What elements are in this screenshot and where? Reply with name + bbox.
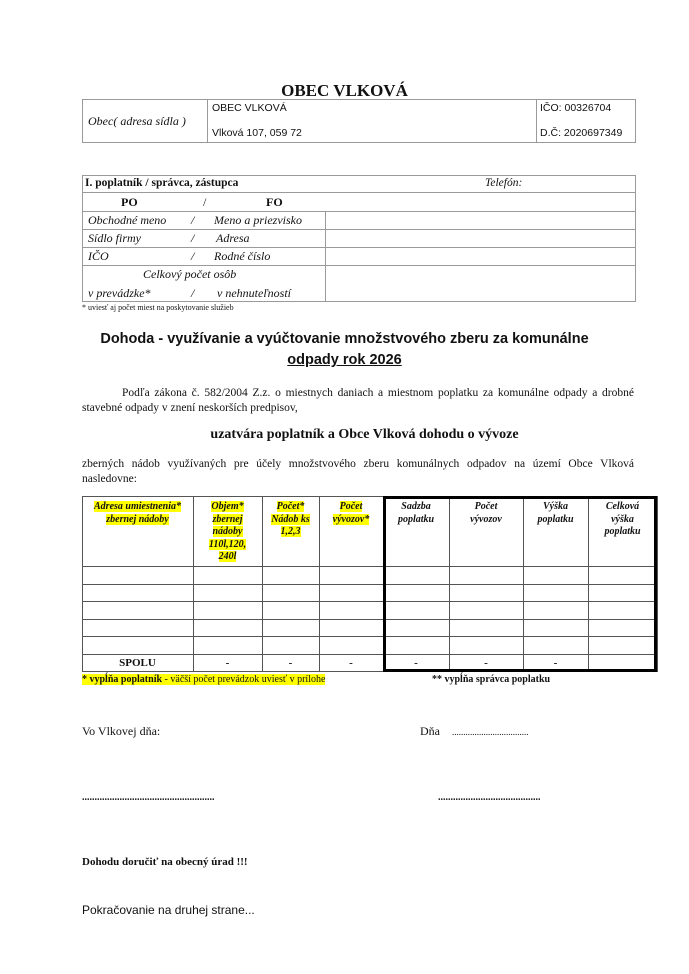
persons-in-property-label: v nehnuteľností <box>217 286 291 301</box>
business-seat-label: Sídlo firmy <box>88 231 141 246</box>
agreement-title-line2: odpady rok 2026 <box>287 352 401 368</box>
services-footnote: * uviesť aj počet miest na poskytovanie … <box>82 303 234 312</box>
table-cell[interactable] <box>193 619 262 637</box>
administrator-note: ** vypĺňa správca poplatku <box>432 674 550 685</box>
table-cell[interactable] <box>262 619 319 637</box>
delivery-instruction: Dohodu doručiť na obecný úrad !!! <box>82 856 248 868</box>
row-slash: / <box>191 231 194 246</box>
containers-paragraph: zberných nádob využívaných pre účely mno… <box>82 457 634 487</box>
law-paragraph: Podľa zákona č. 582/2004 Z.z. o miestnyc… <box>82 386 634 416</box>
table-cell[interactable] <box>82 619 193 637</box>
address-label: Obec( adresa sídla ) <box>88 114 186 129</box>
fo-label: FO <box>266 195 283 210</box>
table-cell[interactable] <box>319 584 383 602</box>
agreement-title-line1: Dohoda - využívanie a vyúčtovanie množst… <box>0 329 689 350</box>
phone-label: Telefón: <box>485 177 522 189</box>
payer-note: * vypĺňa poplatník - väčší počet prevádz… <box>82 674 325 685</box>
table-cell[interactable] <box>82 636 193 654</box>
address-label: Adresa <box>216 231 250 246</box>
column-header: Početvývozov* <box>321 501 381 526</box>
table-cell[interactable] <box>82 566 193 584</box>
row-slash: / <box>191 286 194 301</box>
persons-in-business-label: v prevádzke* <box>88 286 151 301</box>
payer-table: I. poplatník / správca, zástupca Telefón… <box>82 175 636 302</box>
date-line: Dňa .................................. <box>420 724 529 739</box>
ico-label: IČO <box>88 249 109 264</box>
po-label: PO <box>121 195 138 210</box>
table-cell[interactable] <box>319 636 383 654</box>
total-label: SPOLU <box>82 657 193 669</box>
birth-number-label: Rodné číslo <box>214 249 270 264</box>
place-date-label: Vo Vlkovej dňa: <box>82 724 160 739</box>
payer-note-rest: - väčší počet prevádzok uviesť v prílohe <box>162 674 325 685</box>
dic-value: D.Č: 2020697349 <box>540 127 622 139</box>
table-cell[interactable] <box>193 584 262 602</box>
municipality-info-table: Obec( adresa sídla ) OBEC VLKOVÁ Vlková … <box>82 99 636 143</box>
document-title: OBEC VLKOVÁ <box>0 81 689 101</box>
law-text: Podľa zákona č. 582/2004 Z.z. o miestnyc… <box>82 387 634 414</box>
column-header: Počet*Nádob ks1,2,3 <box>264 501 317 539</box>
table-cell[interactable] <box>193 636 262 654</box>
table-cell[interactable] <box>193 566 262 584</box>
table-cell[interactable] <box>262 584 319 602</box>
persons-count-label: Celkový počet osôb <box>143 267 236 282</box>
continued-note: Pokračovanie na druhej strane... <box>82 903 255 917</box>
total-cell: - <box>193 657 262 669</box>
total-cell: - <box>319 657 383 669</box>
id-number-field[interactable] <box>326 248 635 265</box>
address-label-cell: Obec( adresa sídla ) <box>83 100 208 142</box>
date-label: Dňa <box>420 724 440 738</box>
table-cell[interactable] <box>262 566 319 584</box>
table-cell[interactable] <box>262 636 319 654</box>
column-header: Objem*zbernejnádoby110l,120,240l <box>195 501 260 564</box>
payer-signature-line[interactable]: ........................................… <box>82 792 215 803</box>
municipality-name: OBEC VLKOVÁ <box>212 102 287 114</box>
row-slash: / <box>191 249 194 264</box>
table-cell[interactable] <box>193 601 262 619</box>
column-header: Adresa umiestnenia*zbernej nádoby <box>84 501 191 526</box>
phone-field[interactable] <box>485 192 635 211</box>
municipality-signature-line[interactable]: ........................................… <box>438 792 541 803</box>
table-cell[interactable] <box>319 619 383 637</box>
payer-heading: I. poplatník / správca, zástupca <box>85 177 238 189</box>
agreement-title: Dohoda - využívanie a vyúčtovanie množst… <box>0 329 689 371</box>
agreement-statement: uzatvára poplatník a Obce Vlková dohodu … <box>0 427 689 443</box>
administrator-section-border <box>383 496 657 672</box>
ico-value: IČO: 00326704 <box>540 102 611 114</box>
row-slash: / <box>191 213 194 228</box>
persons-count-field[interactable] <box>326 266 635 301</box>
date-field[interactable]: .................................. <box>452 727 529 737</box>
person-name-label: Meno a priezvisko <box>214 213 302 228</box>
payer-note-bold: * vypĺňa poplatník <box>82 674 162 685</box>
table-cell[interactable] <box>319 566 383 584</box>
table-cell[interactable] <box>82 601 193 619</box>
table-cell[interactable] <box>262 601 319 619</box>
municipality-cell: OBEC VLKOVÁ Vlková 107, 059 72 <box>208 100 537 142</box>
po-fo-slash: / <box>203 195 206 210</box>
name-field[interactable] <box>326 212 635 229</box>
table-cell[interactable] <box>82 584 193 602</box>
table-cell[interactable] <box>319 601 383 619</box>
address-field[interactable] <box>326 230 635 247</box>
containers-table: Adresa umiestnenia*zbernej nádobyObjem*z… <box>82 496 657 672</box>
total-cell: - <box>262 657 319 669</box>
id-cell: IČO: 00326704 D.Č: 2020697349 <box>537 100 635 142</box>
business-name-label: Obchodné meno <box>88 213 166 228</box>
municipality-address: Vlková 107, 059 72 <box>212 127 302 139</box>
